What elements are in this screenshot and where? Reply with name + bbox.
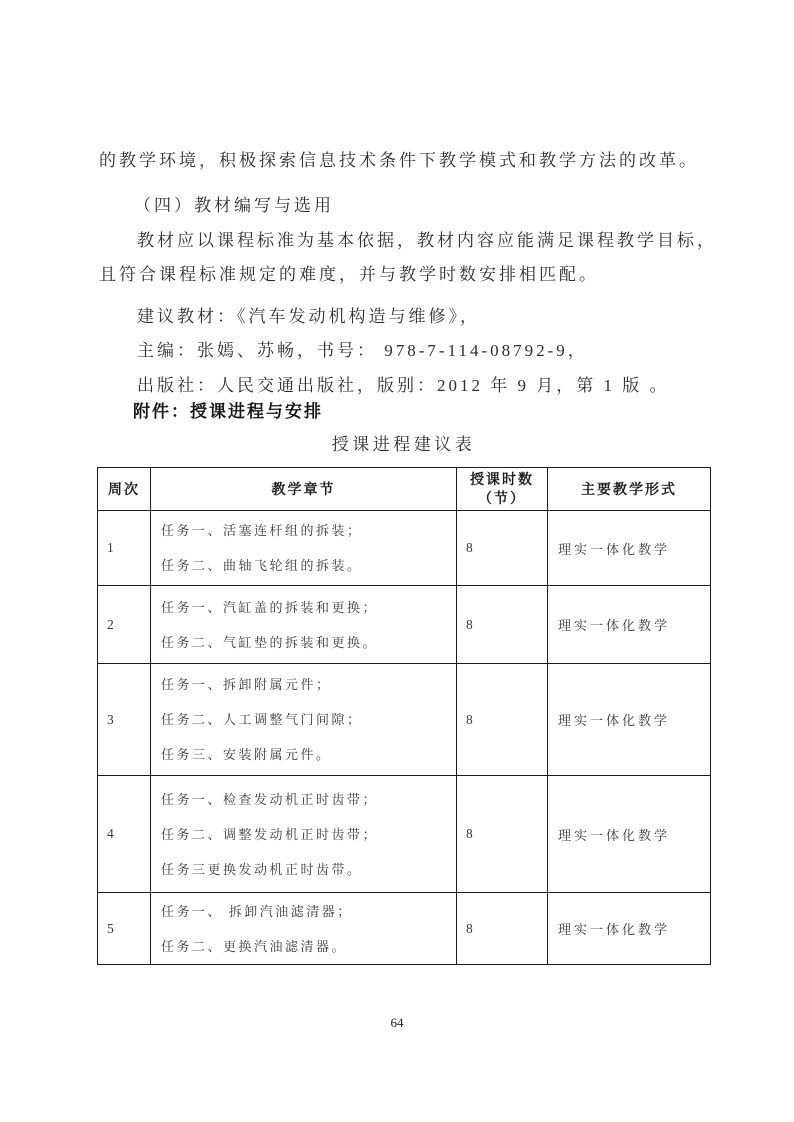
hours-value: 8 — [457, 664, 548, 776]
table-row-week-4: 4 任务一、检查发动机正时齿带； 任务二、调整发动机正时齿带； 任务三更换发动机… — [98, 776, 711, 893]
hours-value: 8 — [457, 586, 548, 664]
task-item: 任务二、更换汽油滤清器。 — [161, 929, 456, 964]
task-item: 任务一、汽缸盖的拆装和更换； — [161, 590, 456, 625]
week-number: 2 — [98, 586, 151, 664]
header-chapter: 教学章节 — [151, 468, 457, 511]
teaching-form: 理实一体化教学 — [548, 893, 711, 965]
task-item: 任务二、气缸垫的拆装和更换。 — [161, 625, 456, 660]
week-number: 3 — [98, 664, 151, 776]
table-row-week-3: 3 任务一、拆卸附属元件； 任务二、人工调整气门间隙； 任务三、安装附属元件。 … — [98, 664, 711, 776]
chapter-cell: 任务一、汽缸盖的拆装和更换； 任务二、气缸垫的拆装和更换。 — [151, 586, 457, 664]
teaching-form: 理实一体化教学 — [548, 511, 711, 586]
header-hours-line2: （节） — [457, 489, 547, 508]
task-item: 任务三、安装附属元件。 — [161, 737, 456, 772]
task-item: 任务二、曲轴飞轮组的拆装。 — [161, 548, 456, 583]
teaching-form: 理实一体化教学 — [548, 776, 711, 893]
schedule-table: 周次 教学章节 授课时数 （节） 主要教学形式 1 任务一、活塞连杆组的拆装； … — [97, 467, 711, 965]
chapter-cell: 任务一、拆卸附属元件； 任务二、人工调整气门间隙； 任务三、安装附属元件。 — [151, 664, 457, 776]
page-number: 64 — [0, 1015, 794, 1031]
header-hours-line1: 授课时数 — [457, 470, 547, 489]
week-number: 4 — [98, 776, 151, 893]
paragraph-line: 教材应以课程标准为基本依据，教材内容应能满足课程教学目标， — [137, 226, 717, 251]
section-heading: （四）教材编写与选用 — [134, 191, 334, 216]
table-title: 授课进程建议表 — [97, 430, 710, 455]
editor-line: 主编：张嫣、苏畅，书号： 978-7-114-08792-9， — [137, 336, 588, 361]
header-week: 周次 — [98, 468, 151, 511]
task-item: 任务一、 拆卸汽油滤清器； — [161, 894, 456, 929]
paragraph-line: 且符合课程标准规定的难度，并与教学时数安排相匹配。 — [99, 260, 599, 285]
task-item: 任务二、人工调整气门间隙； — [161, 702, 456, 737]
teaching-form: 理实一体化教学 — [548, 664, 711, 776]
header-form: 主要教学形式 — [548, 468, 711, 511]
hours-value: 8 — [457, 893, 548, 965]
task-item: 任务一、活塞连杆组的拆装； — [161, 513, 456, 548]
hours-value: 8 — [457, 776, 548, 893]
paragraph-continuation-line: 的教学环境，积极探索信息技术条件下教学模式和教学方法的改革。 — [99, 146, 699, 171]
teaching-form: 理实一体化教学 — [548, 586, 711, 664]
document-page: 的教学环境，积极探索信息技术条件下教学模式和教学方法的改革。 （四）教材编写与选… — [0, 0, 794, 1122]
chapter-cell: 任务一、 拆卸汽油滤清器； 任务二、更换汽油滤清器。 — [151, 893, 457, 965]
task-item: 任务三更换发动机正时齿带。 — [161, 852, 456, 887]
table-row-week-2: 2 任务一、汽缸盖的拆装和更换； 任务二、气缸垫的拆装和更换。 8 理实一体化教… — [98, 586, 711, 664]
appendix-heading: 附件：授课进程与安排 — [133, 397, 323, 422]
hours-value: 8 — [457, 511, 548, 586]
chapter-cell: 任务一、检查发动机正时齿带； 任务二、调整发动机正时齿带； 任务三更换发动机正时… — [151, 776, 457, 893]
table-row-week-1: 1 任务一、活塞连杆组的拆装； 任务二、曲轴飞轮组的拆装。 8 理实一体化教学 — [98, 511, 711, 586]
publisher-line: 出版社：人民交通出版社，版别：2012 年 9 月，第 1 版 。 — [137, 371, 670, 396]
task-item: 任务二、调整发动机正时齿带； — [161, 817, 456, 852]
task-item: 任务一、拆卸附属元件； — [161, 667, 456, 702]
textbook-line: 建议教材：《汽车发动机构造与维修》， — [137, 302, 480, 327]
chapter-cell: 任务一、活塞连杆组的拆装； 任务二、曲轴飞轮组的拆装。 — [151, 511, 457, 586]
week-number: 5 — [98, 893, 151, 965]
task-item: 任务一、检查发动机正时齿带； — [161, 782, 456, 817]
table-header-row: 周次 教学章节 授课时数 （节） 主要教学形式 — [98, 468, 711, 511]
table-row-week-5: 5 任务一、 拆卸汽油滤清器； 任务二、更换汽油滤清器。 8 理实一体化教学 — [98, 893, 711, 965]
header-hours: 授课时数 （节） — [457, 468, 548, 511]
week-number: 1 — [98, 511, 151, 586]
